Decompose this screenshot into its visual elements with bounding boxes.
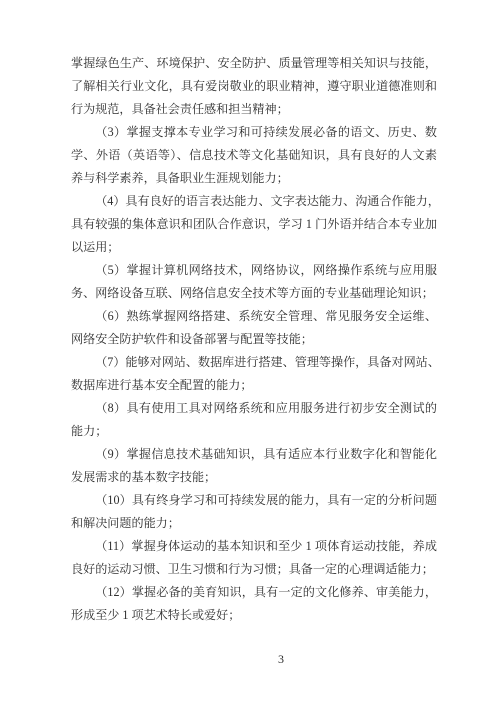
- text-line: 以运用；: [71, 236, 437, 259]
- text-line: 和解决问题的能力；: [71, 512, 437, 535]
- page-number: 3: [56, 652, 500, 666]
- text-line: （5）掌握计算机网络技术，网络协议，网络操作系统与应用服: [71, 259, 437, 282]
- text-line: 数据库进行基本安全配置的能力；: [71, 374, 437, 397]
- text-line: （9）掌握信息技术基础知识，具有适应本行业数字化和智能化: [71, 443, 437, 466]
- text-line: 良好的运动习惯、卫生习惯和行为习惯；具备一定的心理调适能力；: [71, 558, 437, 581]
- text-line: 务、网络设备互联、网络信息安全技术等方面的专业基础理论知识；: [71, 282, 437, 305]
- text-line: （11）掌握身体运动的基本知识和至少 1 项体育运动技能，养成: [71, 535, 437, 558]
- text-line: （3）掌握支撑本专业学习和可持续发展必备的语文、历史、数: [71, 121, 437, 144]
- text-line: （4）具有良好的语言表达能力、文字表达能力、沟通合作能力，: [71, 190, 437, 213]
- text-line: 养与科学素养，具备职业生涯规划能力；: [71, 167, 437, 190]
- text-line: （10）具有终身学习和可持续发展的能力，具有一定的分析问题: [71, 489, 437, 512]
- text-line: （6）熟练掌握网络搭建、系统安全管理、常见服务安全运维、: [71, 305, 437, 328]
- text-line: 发展需求的基本数字技能；: [71, 466, 437, 489]
- text-line: 能力；: [71, 420, 437, 443]
- text-block: 掌握绿色生产、环境保护、安全防护、质量管理等相关知识与技能，了解相关行业文化，具…: [71, 52, 437, 627]
- text-line: 网络安全防护软件和设备部署与配置等技能；: [71, 328, 437, 351]
- text-line: 掌握绿色生产、环境保护、安全防护、质量管理等相关知识与技能，: [71, 52, 437, 75]
- text-line: （8）具有使用工具对网络系统和应用服务进行初步安全测试的: [71, 397, 437, 420]
- text-line: 学、外语（英语等）、信息技术等文化基础知识，具有良好的人文素: [71, 144, 437, 167]
- document-page: 掌握绿色生产、环境保护、安全防护、质量管理等相关知识与技能，了解相关行业文化，具…: [0, 0, 500, 707]
- text-line: 形成至少 1 项艺术特长或爱好；: [71, 604, 437, 627]
- text-line: 行为规范，具备社会责任感和担当精神；: [71, 98, 437, 121]
- text-line: 了解相关行业文化，具有爱岗敬业的职业精神，遵守职业道德准则和: [71, 75, 437, 98]
- text-line: （7）能够对网站、数据库进行搭建、管理等操作，具备对网站、: [71, 351, 437, 374]
- text-line: （12）掌握必备的美育知识，具有一定的文化修养、审美能力，: [71, 581, 437, 604]
- text-line: 具有较强的集体意识和团队合作意识，学习 1 门外语并结合本专业加: [71, 213, 437, 236]
